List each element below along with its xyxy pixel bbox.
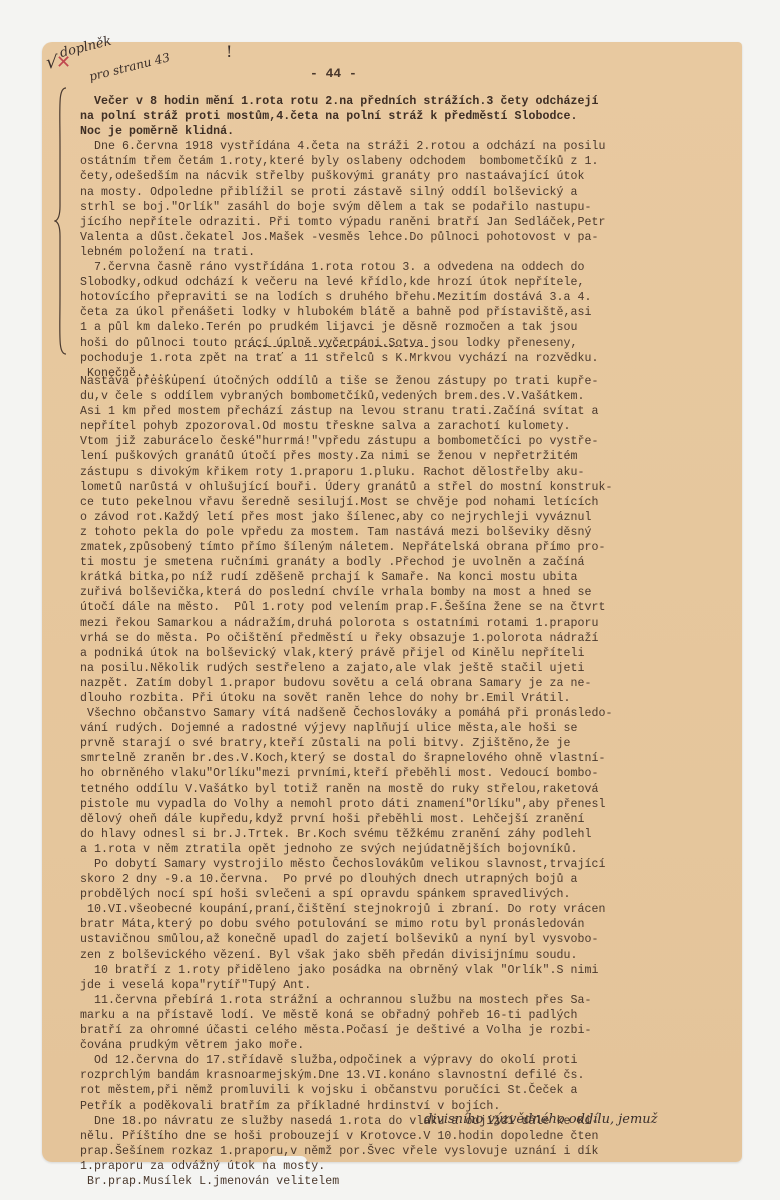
text-line: ostátním třem četám 1.roty,které byly os… (80, 154, 720, 169)
handwritten-margin-note: doplněk (58, 34, 113, 61)
text-line: a 1.rota v něm ztratila opět jednoho ze … (80, 842, 720, 857)
text-line: pistole mu vypadla do Volhy a nemohl pro… (80, 797, 720, 812)
text-line: ti mostu je smetena ručními granáty a bo… (80, 555, 720, 570)
text-line: nělu. Příštího dne se hoši probouzejí v … (80, 1129, 720, 1144)
text-line: du,v čele s oddílem vybraných bombometčí… (80, 389, 720, 404)
text-line: ce tuto pekelnou vřavu šeredně sesilují.… (80, 495, 720, 510)
text-line: mezi řekou Samarkou a nádražím,druhá pol… (80, 616, 720, 631)
text-line: a podniká útok na bolševický vlak,který … (80, 646, 720, 661)
text-line: nazpět. Zatím dobyl 1.prapor budovu sově… (80, 676, 720, 691)
text-line: dělový oheň dále kupředu,když první hoši… (80, 812, 720, 827)
section-2-text: Nastává přeskupení útočných oddílů a tiš… (80, 374, 720, 1189)
text-line: krátká bitka,po níž rudí zděšeně prchají… (80, 570, 720, 585)
text-line: Asi 1 km před mostem přechází zástup na … (80, 404, 720, 419)
text-line: rozprchlým bandám krasnoarmejským.Dne 13… (80, 1068, 720, 1083)
text-line: 10.VI.všeobecné koupání,praní,čištění st… (80, 902, 720, 917)
text-line: zuřivá bolševička,která do poslední chví… (80, 585, 720, 600)
text-line: četa za úkol přenášeti lodky v hlubokém … (80, 305, 720, 320)
text-line: jícího nepřítele odraziti. Při tomto výp… (80, 215, 720, 230)
text-line: Dne 6.června 1918 vystřídána 4.četa na s… (80, 139, 720, 154)
text-line: Noc je poměrně klidná. (80, 124, 720, 139)
text-line: čována prudkým větrem jako moře. (80, 1038, 720, 1053)
text-line: rot městem,při němž promluvili k vojsku … (80, 1083, 720, 1098)
text-line: nepřítel pohyb zpozoroval.Od mostu třesk… (80, 419, 720, 434)
text-line: lometů narůstá v ohlušující bouři. Údery… (80, 480, 720, 495)
text-line: o závod rot.Každý letí přes most jako ší… (80, 510, 720, 525)
text-line: Valenta a důst.čekatel Jos.Mašek -vesměs… (80, 230, 720, 245)
exclamation-annotation: ! (226, 42, 232, 61)
text-line: lení puškových granátů útočí přes mosty.… (80, 449, 720, 464)
text-line: jde i veselá kopa"rytíř"Tupý Ant. (80, 978, 720, 993)
text-line: na polní stráž proti mostům,4.četa na po… (80, 109, 720, 124)
text-line: marku a na přístavě lodí. Ve městě koná … (80, 1008, 720, 1023)
text-line: ustavičnou smůlou,až konečně upadl do za… (80, 932, 720, 947)
text-line: hotovícího přepraviti se na lodích s dru… (80, 290, 720, 305)
page-number: - 44 - (310, 66, 357, 81)
text-line: Slobodky,odkud odchází k večeru na levé … (80, 275, 720, 290)
text-line: bratr Máta,který po dobu svého potulován… (80, 917, 720, 932)
text-line: strhl se boj."Orlík" zasáhl do boje svým… (80, 200, 720, 215)
text-line: bratří za ohromné účasti celého města.Po… (80, 1023, 720, 1038)
text-line: zástupu s divokým křikem roty 1.praporu … (80, 465, 720, 480)
text-line: 10 bratří z 1.roty přiděleno jako posádk… (80, 963, 720, 978)
text-line: 1.praporu za odvážný útok na mosty. (80, 1159, 720, 1174)
text-line: vání rudých. Dojemné a radostné výjevy n… (80, 721, 720, 736)
text-line: 7.června časně ráno vystřídána 1.rota ro… (80, 260, 720, 275)
text-line: útočí dále na město. Půl 1.roty pod vele… (80, 600, 720, 615)
text-line: do hlavy odnesl si br.J.Trtek. Br.Koch s… (80, 827, 720, 842)
text-line: 11.června přebírá 1.rota strážní a ochra… (80, 993, 720, 1008)
handwritten-continuation: divisního výzvědného oddílu, jemuž (424, 1112, 658, 1127)
text-line: Vtom již zaburácelo české"hurrmá!"vpředu… (80, 434, 720, 449)
text-line: Po dobytí Samary vystrojilo město Čechos… (80, 857, 720, 872)
text-line: vrhá se do města. Po očištění předměstí … (80, 631, 720, 646)
text-line: Od 12.června do 17.střídavě služba,odpoč… (80, 1053, 720, 1068)
text-line: probdělých nocí spí hoši svlečeni a spí … (80, 887, 720, 902)
document-page: √ ✕ doplněk pro stranu 43 ! - 44 - Večer… (42, 42, 742, 1162)
text-line: tetného oddílu V.Vašátko byl totiž raněn… (80, 782, 720, 797)
section-1-text: Večer v 8 hodin mění 1.rota rotu 2.na př… (80, 94, 720, 381)
text-line: zen z bolševického vězení. Byl však jako… (80, 948, 720, 963)
text-line: prvně starají o své bratry,kteří zůstali… (80, 736, 720, 751)
text-line: prap.Šešínem rozkaz 1.praporu,v němž por… (80, 1144, 720, 1159)
text-line: čety,odešedším na nácvik střelby puškový… (80, 169, 720, 184)
text-line: smrtelně zraněn br.des.V.Koch,který se d… (80, 751, 720, 766)
curly-bracket-annotation (54, 86, 68, 356)
dashed-divider (238, 346, 428, 347)
text-line: Večer v 8 hodin mění 1.rota rotu 2.na př… (80, 94, 720, 109)
text-line: Br.prap.Musílek L.jmenován velitelem (80, 1174, 720, 1189)
text-line: pochoduje 1.rota zpět na trať a 11 střel… (80, 351, 720, 366)
text-line: na posilu.Několik rudých sestřeleno a za… (80, 661, 720, 676)
text-line: z tohoto pekla do pole vpředu za mostem.… (80, 525, 720, 540)
text-line: Nastává přeskupení útočných oddílů a tiš… (80, 374, 720, 389)
text-line: hoši do půlnoci touto prácí úplně vyčerp… (80, 336, 720, 351)
text-line: ho obrněného vlaku"Orlíku"mezi prvními,k… (80, 766, 720, 781)
handwritten-margin-note-2: pro stranu 43 (88, 50, 172, 84)
text-line: 1 a půl km daleko.Terén po prudkém lijav… (80, 320, 720, 335)
text-line: zmatek,způsobený tímto přímo šíleným nál… (80, 540, 720, 555)
text-line: skoro 2 dny -9.a 10.června. Po prvé po d… (80, 872, 720, 887)
text-line: lebném položení na trati. (80, 245, 720, 260)
text-line: Všechno občanstvo Samary vítá nadšeně Če… (80, 706, 720, 721)
text-line: dlouho rozbita. Při útoku na sovět raněn… (80, 691, 720, 706)
text-line: na mosty. Odpoledne přiblížil se proti z… (80, 185, 720, 200)
